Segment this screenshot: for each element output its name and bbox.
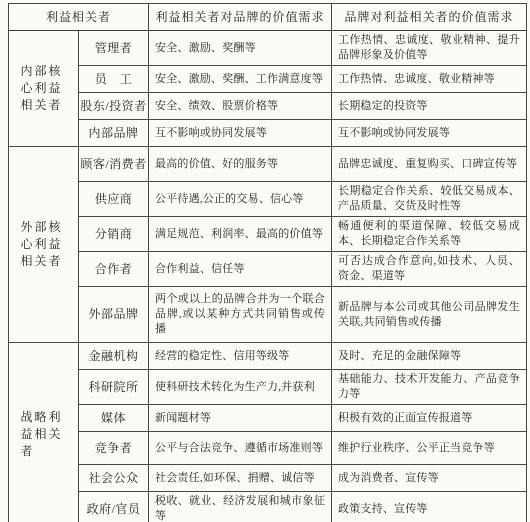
brand-demand-cell: 长期稳定的投资等 xyxy=(332,93,527,120)
table-row: 股东/投资者 安全、绩效、股票价格等 长期稳定的投资等 xyxy=(9,93,527,120)
brand-demand-cell: 长期稳定合作关系、较低交易成本、产品质量、交货及时性等 xyxy=(332,182,527,217)
brand-demand-cell: 可否达成合作意向,如技术、人员、资金、渠道等 xyxy=(332,252,527,287)
stakeholder-cell: 内部品牌 xyxy=(79,120,149,147)
table-row: 员 工 安全、激励、奖酬、工作满意度等 工作热情、忠诚度、敬业精神等 xyxy=(9,66,527,93)
table-row: 战略利益相关者 金融机构 经营的稳定性、信用等级等 及时、充足的金融保障等 xyxy=(9,343,527,370)
header-brand-demand: 品牌对利益相关者的价值需求 xyxy=(332,4,527,31)
demand-on-brand-cell: 公平待遇,公正的交易、信心等 xyxy=(149,182,332,217)
stakeholder-cell: 金融机构 xyxy=(79,343,149,370)
demand-on-brand-cell: 互不影响或协同发展等 xyxy=(149,120,332,147)
demand-on-brand-cell: 两个或以上的品牌合并为一个联合品牌,或以某种方式共同销售或传播 xyxy=(149,287,332,343)
table-row: 竞争者 公平与合法竞争、遵循市场准则等 维护行业秩序、公平正当竞争等 xyxy=(9,432,527,465)
stakeholder-cell: 股东/投资者 xyxy=(79,93,149,120)
table-row: 外部核心利益相关者 顾客/消费者 最高的价值、好的服务等 品牌忠诚度、重复购买、… xyxy=(9,147,527,182)
demand-on-brand-cell: 新闻题材等 xyxy=(149,405,332,432)
stakeholder-cell: 外部品牌 xyxy=(79,287,149,343)
brand-demand-cell: 成为消费者、宣传等 xyxy=(332,465,527,492)
table-row: 分销商 满足规范、利润率、最高的价值等 畅通便利的渠道保障、较低交易成本、长期稳… xyxy=(9,217,527,252)
brand-demand-cell: 工作热情、忠诚度、敬业精神、提升品牌形象及价值等 xyxy=(332,31,527,66)
demand-on-brand-cell: 经营的稳定性、信用等级等 xyxy=(149,343,332,370)
stakeholder-cell: 顾客/消费者 xyxy=(79,147,149,182)
brand-demand-cell: 新品牌与本公司或其他公司品牌发生关联,共同销售或传播 xyxy=(332,287,527,343)
demand-on-brand-cell: 安全、绩效、股票价格等 xyxy=(149,93,332,120)
brand-demand-cell: 政策支持、宣传等 xyxy=(332,492,527,522)
table-row: 社会公众 社会责任,如环保、捐赠、诚信等 成为消费者、宣传等 xyxy=(9,465,527,492)
group-label-strategic: 战略利益相关者 xyxy=(9,343,79,522)
brand-demand-cell: 基础能力、技术开发能力、产品竞争力等 xyxy=(332,370,527,405)
demand-on-brand-cell: 税收、就业、经济发展和城市象征等 xyxy=(149,492,332,522)
demand-on-brand-cell: 公平与合法竞争、遵循市场准则等 xyxy=(149,432,332,465)
brand-demand-cell: 积极有效的正面宣传报道等 xyxy=(332,405,527,432)
stakeholder-cell: 政府/官员 xyxy=(79,492,149,522)
demand-on-brand-cell: 最高的价值、好的服务等 xyxy=(149,147,332,182)
stakeholder-cell: 分销商 xyxy=(79,217,149,252)
table-row: 政府/官员 税收、就业、经济发展和城市象征等 政策支持、宣传等 xyxy=(9,492,527,522)
brand-demand-cell: 维护行业秩序、公平正当竞争等 xyxy=(332,432,527,465)
header-stakeholder: 利益相关者 xyxy=(9,4,149,31)
brand-demand-cell: 工作热情、忠诚度、敬业精神等 xyxy=(332,66,527,93)
stakeholder-cell: 社会公众 xyxy=(79,465,149,492)
table-row: 合作者 合作利益、信任等 可否达成合作意向,如技术、人员、资金、渠道等 xyxy=(9,252,527,287)
brand-demand-cell: 畅通便利的渠道保障、较低交易成本、长期稳定合作关系等 xyxy=(332,217,527,252)
demand-on-brand-cell: 满足规范、利润率、最高的价值等 xyxy=(149,217,332,252)
brand-demand-cell: 及时、充足的金融保障等 xyxy=(332,343,527,370)
demand-on-brand-cell: 社会责任,如环保、捐赠、诚信等 xyxy=(149,465,332,492)
demand-on-brand-cell: 合作利益、信任等 xyxy=(149,252,332,287)
stakeholder-cell: 合作者 xyxy=(79,252,149,287)
stakeholder-value-table: 利益相关者 利益相关者对品牌的价值需求 品牌对利益相关者的价值需求 内部核心利益… xyxy=(8,3,527,522)
stakeholder-cell: 管理者 xyxy=(79,31,149,66)
group-label-external-core: 外部核心利益相关者 xyxy=(9,147,79,343)
table-row: 媒体 新闻题材等 积极有效的正面宣传报道等 xyxy=(9,405,527,432)
stakeholder-cell: 员 工 xyxy=(79,66,149,93)
stakeholder-cell: 科研院所 xyxy=(79,370,149,405)
table-row: 内部品牌 互不影响或协同发展等 互不影响或协同发展等 xyxy=(9,120,527,147)
stakeholder-cell: 竞争者 xyxy=(79,432,149,465)
brand-demand-cell: 互不影响或协同发展等 xyxy=(332,120,527,147)
stakeholder-cell: 媒体 xyxy=(79,405,149,432)
demand-on-brand-cell: 安全、激励、奖酬、工作满意度等 xyxy=(149,66,332,93)
table-row: 科研院所 使科研技术转化为生产力,并获利 基础能力、技术开发能力、产品竞争力等 xyxy=(9,370,527,405)
table-header-row: 利益相关者 利益相关者对品牌的价值需求 品牌对利益相关者的价值需求 xyxy=(9,4,527,31)
demand-on-brand-cell: 使科研技术转化为生产力,并获利 xyxy=(149,370,332,405)
table-row: 供应商 公平待遇,公正的交易、信心等 长期稳定合作关系、较低交易成本、产品质量、… xyxy=(9,182,527,217)
table-row: 内部核心利益相关者 管理者 安全、激励、奖酬等 工作热情、忠诚度、敬业精神、提升… xyxy=(9,31,527,66)
group-label-internal-core: 内部核心利益相关者 xyxy=(9,31,79,147)
table-row: 外部品牌 两个或以上的品牌合并为一个联合品牌,或以某种方式共同销售或传播 新品牌… xyxy=(9,287,527,343)
header-demand-on-brand: 利益相关者对品牌的价值需求 xyxy=(149,4,332,31)
brand-demand-cell: 品牌忠诚度、重复购买、口碑宣传等 xyxy=(332,147,527,182)
demand-on-brand-cell: 安全、激励、奖酬等 xyxy=(149,31,332,66)
stakeholder-cell: 供应商 xyxy=(79,182,149,217)
